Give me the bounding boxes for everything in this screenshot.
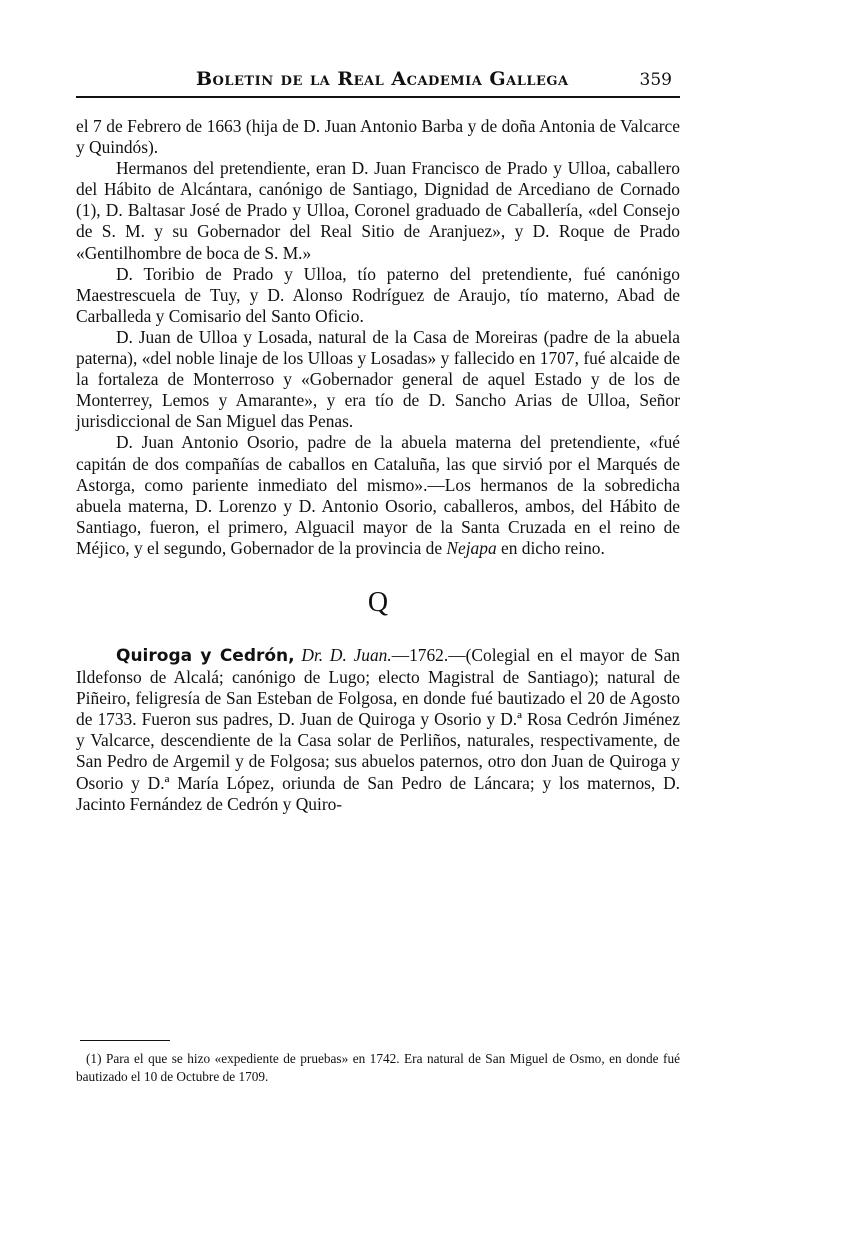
section-letter-heading: Q [76, 583, 680, 623]
paragraph-juan-ulloa: D. Juan de Ulloa y Losada, natural de la… [76, 327, 680, 432]
entry-text: —1762.—(Colegial en el mayor de San Ilde… [76, 645, 680, 814]
paragraph-text-end: en dicho reino. [497, 538, 605, 558]
entry-title: Dr. D. Juan. [301, 645, 391, 665]
page-number: 359 [640, 70, 672, 90]
paragraph-continuation: el 7 de Febrero de 1663 (hija de D. Juan… [76, 116, 680, 158]
paragraph-toribio: D. Toribio de Prado y Ulloa, tío paterno… [76, 264, 680, 327]
running-header: Boletin de la Real Academia Gallega 359 [76, 68, 680, 98]
footnote-text: (1) Para el que se hizo «expediente de p… [76, 1050, 680, 1086]
body-text: el 7 de Febrero de 1663 (hija de D. Juan… [76, 116, 680, 815]
italic-place-name: Nejapa [446, 538, 496, 558]
footnote-divider [80, 1040, 170, 1041]
paragraph-juan-osorio: D. Juan Antonio Osorio, padre de la abue… [76, 432, 680, 559]
entry-name: Quiroga y Cedrón, [116, 646, 295, 666]
entry-quiroga: Quiroga y Cedrón, Dr. D. Juan.—1762.—(Co… [76, 645, 680, 815]
journal-title: Boletin de la Real Academia Gallega [196, 68, 569, 90]
paragraph-hermanos: Hermanos del pretendiente, eran D. Juan … [76, 158, 680, 263]
footnote: (1) Para el que se hizo «expediente de p… [76, 1050, 680, 1086]
